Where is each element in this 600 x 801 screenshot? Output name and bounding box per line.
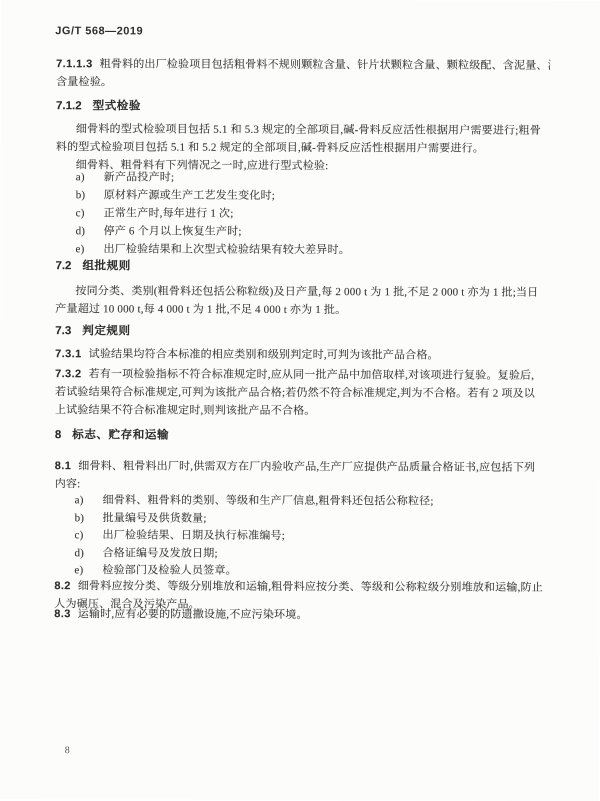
list-marker: a) bbox=[75, 492, 84, 510]
list-marker: b) bbox=[75, 510, 85, 528]
clause-text: 试验结果均符合本标准的相应类别和级别判定时,可判为该批产品合格。 bbox=[89, 348, 439, 361]
heading-number: 8 bbox=[55, 429, 61, 441]
list-item: b)原材料产源或生产工艺发生变化时; bbox=[56, 186, 550, 206]
paragraph-line: 料的型式检验项目包括 5.1 和 5.2 规定的全部项目,碱-骨料反应活性根据用… bbox=[56, 138, 550, 158]
clause-text: 粗骨料的出厂检验项目包括粗骨料不规则颗粒含量、针片状颗粒含量、颗粒级配、含泥量、… bbox=[100, 58, 551, 72]
clause-number: 8.2 bbox=[54, 580, 71, 592]
document-page: JG/T 568—2019 7.1.1.3粗骨料的出厂检验项目包括粗骨料不规则颗… bbox=[0, 0, 600, 801]
heading-7-2: 7.2组批规则 bbox=[55, 258, 549, 276]
list-item-text: 细骨料、粗骨料的类别、等级和生产厂信息,粗骨料还包括公称粒径; bbox=[103, 494, 434, 507]
heading-7-1-2: 7.1.2型式检验 bbox=[56, 98, 550, 116]
list-item: a)新产品投产时; bbox=[56, 168, 550, 188]
page-content: 7.1.1.3粗骨料的出厂检验项目包括粗骨料不规则颗粒含量、针片状颗粒含量、颗粒… bbox=[56, 0, 550, 1]
clause-text: 运输时,应有必要的防遗撒设施,不应污染环境。 bbox=[78, 608, 308, 621]
clause-text: 细骨料、粗骨料出厂时,供需双方在厂内验收产品,生产厂应提供产品质量合格证书,应包… bbox=[78, 460, 535, 474]
list-item-text: 合格证编号及发放日期; bbox=[102, 547, 217, 559]
list-marker: d) bbox=[74, 545, 84, 563]
list-item-text: 出厂检验结果和上次型式检验结果有较大差异时。 bbox=[104, 243, 350, 256]
page-number: 8 bbox=[65, 745, 70, 756]
list-marker: a) bbox=[76, 168, 85, 186]
paragraph-line: 产量超过 10 000 t,每 4 000 t 为 1 批,不足 4 000 t… bbox=[55, 300, 549, 320]
paragraph-line: 按同分类、类别(粗骨料还包括公称粒级)及日产量,每 2 000 t 为 1 批,… bbox=[55, 282, 549, 302]
clause-line: 上试验结果不符合标准规定时,则判该批产品不合格。 bbox=[55, 401, 549, 421]
clause-number: 8.3 bbox=[54, 608, 71, 620]
list-item: d)停产 6 个月以上恢复生产时; bbox=[56, 222, 550, 242]
heading-title: 判定规则 bbox=[82, 325, 130, 337]
list-item-text: 原材料产源或生产工艺发生变化时; bbox=[104, 189, 275, 202]
clause-text: 细骨料应按分类、等级分别堆放和运输,粗骨料应按分类、等级和公称粒级分别堆放和运输… bbox=[78, 580, 543, 594]
list-item: d)合格证编号及发放日期; bbox=[54, 545, 548, 564]
list-8-1: a)细骨料、粗骨料的类别、等级和生产厂信息,粗骨料还包括公称粒径; b)批量编号… bbox=[54, 492, 548, 581]
list-item-text: 出厂检验结果、日期及执行标准编号; bbox=[103, 529, 286, 542]
clause-7-3-2: 7.3.2若有一项检验指标不符合标准规定时,应从同一批产品中加倍取样,对该项进行… bbox=[55, 365, 549, 421]
clause-8-3: 8.3运输时,应有必要的防遗撒设施,不应污染环境。 bbox=[54, 605, 548, 625]
list-item: b)批量编号及供货数量; bbox=[55, 510, 549, 529]
list-item-text: 新产品投产时; bbox=[104, 171, 175, 183]
list-item: e)出厂检验结果和上次型式检验结果有较大差异时。 bbox=[55, 240, 549, 260]
paragraph-line: 细骨料的型式检验项目包括 5.1 和 5.3 规定的全部项目,碱-骨料反应活性根… bbox=[56, 120, 550, 140]
heading-number: 7.2 bbox=[55, 260, 71, 272]
clause-7-3-1: 7.3.1试验结果均符合本标准的相应类别和级别判定时,可判为该批产品合格。 bbox=[55, 345, 549, 365]
heading-title: 标志、贮存和运输 bbox=[72, 429, 169, 441]
list-item: c)出厂检验结果、日期及执行标准编号; bbox=[54, 527, 548, 546]
heading-8: 8标志、贮存和运输 bbox=[55, 427, 549, 445]
clause-number: 7.3.2 bbox=[55, 368, 82, 380]
list-marker: c) bbox=[76, 204, 85, 222]
list-item-text: 批量编号及供货数量; bbox=[103, 512, 207, 524]
clause-number: 7.1.1.3 bbox=[56, 58, 92, 70]
list-7-1-2: a)新产品投产时; b)原材料产源或生产工艺发生变化时; c)正常生产时,每年进… bbox=[55, 168, 549, 260]
clause-8-1: 8.1细骨料、粗骨料出厂时,供需双方在厂内验收产品,生产厂应提供产品质量合格证书… bbox=[55, 457, 549, 495]
clause-number: 8.1 bbox=[55, 460, 72, 472]
clause-line: 7.3.1试验结果均符合本标准的相应类别和级别判定时,可判为该批产品合格。 bbox=[55, 345, 549, 365]
clause-text: 若有一项检验指标不符合标准规定时,应从同一批产品中加倍取样,对该项进行复验。复验… bbox=[89, 368, 535, 382]
clause-7-1-1-3: 7.1.1.3粗骨料的出厂检验项目包括粗骨料不规则颗粒含量、针片状颗粒含量、颗粒… bbox=[56, 55, 550, 93]
clause-line: 8.2细骨料应按分类、等级分别堆放和运输,粗骨料应按分类、等级和公称粒级分别堆放… bbox=[54, 577, 548, 597]
list-item-text: 检验部门及检验人员签章。 bbox=[102, 564, 236, 576]
clause-line: 若试验结果符合标准规定,可判为该批产品合格;若仍然不符合标准规定,判为不合格。若… bbox=[55, 383, 549, 403]
heading-number: 7.1.2 bbox=[56, 100, 82, 112]
list-item: c)正常生产时,每年进行 1 次; bbox=[56, 204, 550, 224]
clause-line: 7.3.2若有一项检验指标不符合标准规定时,应从同一批产品中加倍取样,对该项进行… bbox=[55, 365, 549, 385]
list-item-text: 停产 6 个月以上恢复生产时; bbox=[104, 225, 242, 237]
list-marker: c) bbox=[74, 527, 83, 545]
heading-title: 组批规则 bbox=[82, 260, 130, 272]
heading-number: 7.3 bbox=[55, 325, 71, 337]
clause-number: 7.3.1 bbox=[55, 348, 82, 360]
heading-title: 型式检验 bbox=[93, 100, 141, 112]
clause-line: 8.1细骨料、粗骨料出厂时,供需双方在厂内验收产品,生产厂应提供产品质量合格证书… bbox=[55, 457, 549, 477]
clause-line: 7.1.1.3粗骨料的出厂检验项目包括粗骨料不规则颗粒含量、针片状颗粒含量、颗粒… bbox=[56, 55, 550, 75]
list-marker: b) bbox=[76, 186, 86, 204]
list-item-text: 正常生产时,每年进行 1 次; bbox=[104, 207, 234, 219]
clause-line: 8.3运输时,应有必要的防遗撒设施,不应污染环境。 bbox=[54, 605, 548, 625]
clause-line: 含量检验。 bbox=[56, 73, 550, 93]
paragraph-7-2: 按同分类、类别(粗骨料还包括公称粒级)及日产量,每 2 000 t 为 1 批,… bbox=[55, 282, 549, 320]
list-marker: e) bbox=[75, 240, 84, 258]
heading-7-3: 7.3判定规则 bbox=[55, 323, 549, 341]
running-header: JG/T 568—2019 bbox=[55, 25, 143, 37]
list-item: a)细骨料、粗骨料的类别、等级和生产厂信息,粗骨料还包括公称粒径; bbox=[55, 492, 549, 511]
list-marker: d) bbox=[76, 222, 86, 240]
